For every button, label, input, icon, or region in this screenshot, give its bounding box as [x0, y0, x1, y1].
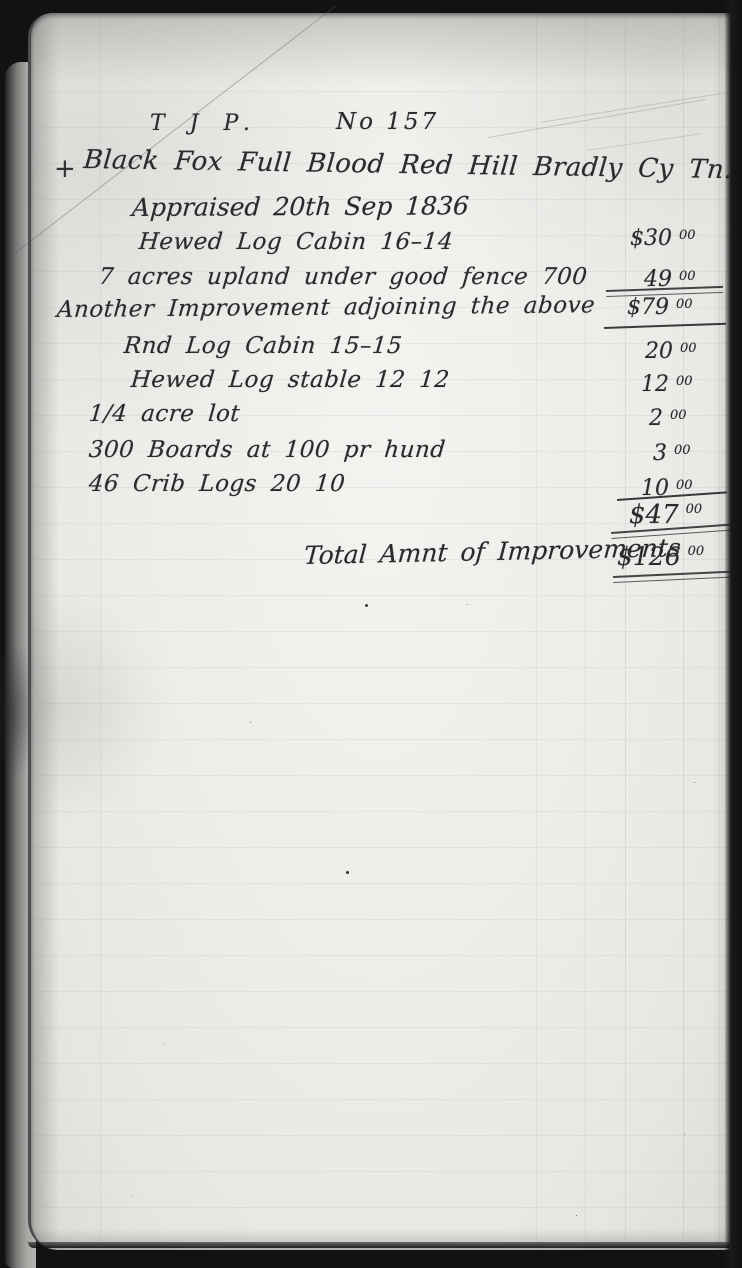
total-amount: $12600 — [617, 542, 704, 571]
amount-cents: 00 — [686, 502, 703, 517]
amount-cents: 00 — [676, 297, 693, 312]
ruled-grid-vertical — [536, 13, 537, 1250]
amount-cents: 00 — [679, 228, 696, 243]
amount-dollars: $126 — [617, 542, 681, 571]
paper-speckles — [346, 871, 349, 874]
amount-dollars: $47 — [629, 500, 679, 530]
amount-dollars: $30 — [630, 226, 672, 251]
amount-dollars: 3 — [653, 441, 667, 466]
ruled-grid-vertical — [100, 13, 101, 1250]
amount-cents: 00 — [676, 374, 693, 389]
item-description: 7 acres upland under good fence 700 — [98, 264, 589, 290]
amount-dollars: $79 — [627, 295, 669, 320]
item-amount: 1200 — [641, 372, 693, 397]
item-amount: 200 — [649, 406, 687, 431]
item-amount: 300 — [653, 441, 691, 466]
amount-cents: 00 — [670, 408, 687, 423]
amount-dollars: 12 — [641, 372, 669, 397]
ruled-grid-vertical — [683, 13, 684, 1250]
amount-cents: 00 — [674, 443, 691, 458]
item-description: Another Improvement adjoining the above — [56, 292, 596, 323]
item-description: 46 Crib Logs 20 10 — [88, 471, 347, 497]
page-bottom-edge — [28, 1242, 730, 1248]
ruled-grid-vertical — [625, 13, 626, 1250]
amount-dollars: 2 — [649, 406, 663, 431]
ruled-grid-vertical — [585, 13, 586, 1250]
amount-dollars: 20 — [645, 339, 673, 364]
amount-cents: 00 — [679, 269, 696, 284]
item-description: Hewed Log Cabin 16–14 — [138, 229, 454, 255]
item-amount: $3000 — [630, 226, 696, 251]
item-description: 300 Boards at 100 pr hund — [88, 437, 447, 463]
scan-border-right — [725, 0, 742, 1268]
subtotal-amount: $7900 — [627, 295, 693, 320]
ruled-grid-vertical — [719, 13, 720, 1250]
item-amount: 2000 — [645, 339, 697, 364]
amount-cents: 00 — [676, 478, 693, 493]
claim-plus-mark: + — [54, 154, 76, 184]
scanned-ledger-page: T J P. No 157 + Black Fox Full Blood Red… — [0, 0, 742, 1268]
entry-number: No 157 — [336, 109, 439, 135]
item-description: 1/4 acre lot — [88, 401, 242, 427]
ledger-code: T J P. — [150, 111, 259, 136]
appraisal-date-line: Appraised 20th Sep 1836 — [131, 191, 470, 222]
item-description: Hewed Log stable 12 12 — [130, 367, 451, 393]
item-description: Rnd Log Cabin 15–15 — [123, 333, 404, 359]
amount-cents: 00 — [680, 341, 697, 356]
amount-cents: 00 — [688, 544, 705, 559]
